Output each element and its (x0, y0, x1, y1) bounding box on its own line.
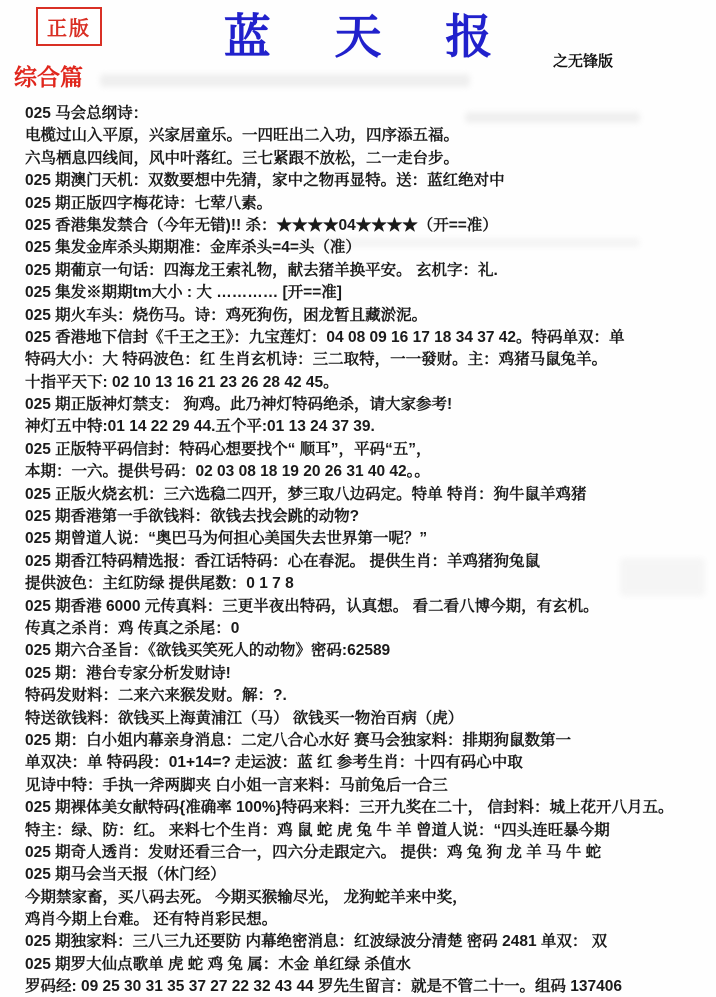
page-title: 蓝 天 报 (198, 0, 519, 67)
report-line: 025 期六合圣旨：《欲钱买笑死人的动物》密码:62589 (25, 640, 711, 662)
edition-label: 之无锋版 (553, 50, 613, 71)
section-heading: 综合篇 (14, 59, 83, 92)
report-line: 电榄过山入平原，兴家居童乐。一四旺出二入功，四序添五福。 (25, 125, 711, 147)
report-line: 025 期火车头：烧伤马。诗：鸡死狗伤，困龙暂且藏淤泥。 (25, 305, 711, 327)
report-line: 025 期：港台专家分析发财诗! (25, 663, 711, 685)
report-line: 025 期香江特码精选报：香江话特码：心在春泥。 提供生肖：羊鸡猪狗兔鼠 (25, 551, 711, 573)
report-line: 单双决：单 特码段：01+14=? 走运波：蓝 红 参考生肖：十四有码心中取 (25, 752, 711, 774)
report-line: 025 期香港 6000 元传真料：三更半夜出特码，认真想。 看二看八博今期，有… (25, 596, 711, 618)
report-line: 025 正版特平码信封：特码心想要找个“ 顺耳”，平码“五”， (25, 439, 711, 461)
report-line: 025 香港地下信封《千王之王》：九宝莲灯：04 08 09 16 17 18 … (25, 327, 711, 349)
report-line: 025 期：白小姐内幕亲身消息：二定八合心水好 赛马会独家料：排期狗鼠数第一 (25, 730, 711, 752)
report-line: 特码大小：大 特码波色：红 生肖玄机诗：三二取特，一一發财。主：鸡猪马鼠兔羊。 (25, 349, 711, 371)
report-line: 今期禁家畜，买八码去死。 今期买猴输尽光， 龙狗蛇羊来中奖， (25, 887, 711, 909)
report-line: 025 期曾道人说：“奥巴马为何担心美国失去世界第一呢？” (25, 528, 711, 550)
report-lines: 025 马会总纲诗：电榄过山入平原，兴家居童乐。一四旺出二入功，四序添五福。六鸟… (25, 103, 711, 997)
report-line: 特主：绿、防：红。 来料七个生肖：鸡 鼠 蛇 虎 兔 牛 羊 曾道人说：“四头连… (25, 820, 711, 842)
report-line: 见诗中特：手执一斧两脚夹 白小姐一言来料：马前兔后一合三 (25, 775, 711, 797)
report-line: 特码发财料：二来六来猴发财。解：?. (25, 685, 711, 707)
report-line: 鸡肖今期上台难。 还有特肖彩民想。 (25, 909, 711, 931)
report-line: 罗码经: 09 25 30 31 35 37 27 22 32 43 44 罗先… (25, 976, 711, 997)
report-line: 025 期奇人透肖：发财还看三合一，四六分走跟定六。 提供：鸡 兔 狗 龙 羊 … (25, 842, 711, 864)
report-line: 025 期正版神灯禁支： 狗鸡。此乃神灯特码绝杀，请大家参考! (25, 394, 711, 416)
report-line: 传真之杀肖：鸡 传真之杀尾：0 (25, 618, 711, 640)
blue-sky-report-page: 正版 蓝 天 报 之无锋版 综合篇 025 马会总纲诗：电榄过山入平原，兴家居童… (0, 0, 716, 997)
report-line: 十指平天下: 02 10 13 16 21 23 26 28 42 45。 (25, 372, 711, 394)
report-line: 025 期香港第一手欲钱料：欲钱去找会跳的动物? (25, 506, 711, 528)
report-line: 本期：一六。提供号码：02 03 08 18 19 20 26 31 40 42… (25, 461, 711, 483)
report-line: 025 香港集发禁合（今年无错)!! 杀：★★★★04★★★★（开==准） (25, 215, 711, 237)
report-line: 025 期独家料：三八三九还要防 内幕绝密消息：红波绿波分清楚 密码 2481 … (25, 931, 711, 953)
report-line: 025 期正版四字梅花诗：七荤八素。 (25, 193, 711, 215)
report-line: 025 期葡京一句话：四海龙王索礼物，献去猪羊换平安。 玄机字：礼. (25, 260, 711, 282)
report-line: 六鸟栖息四线间，风中叶落红。三七紧跟不放松，二一走台步。 (25, 148, 711, 170)
report-line: 025 集发金库杀头期期准：金库杀头=4=头（准） (25, 237, 711, 259)
report-line: 025 集发※期期tm大小 : 大 ………… [开==准] (25, 282, 711, 304)
report-line: 特送欲钱料：欲钱买上海黄浦江（马） 欲钱买一物治百病（虎） (25, 708, 711, 730)
report-line: 025 马会总纲诗： (25, 103, 711, 125)
report-line: 025 期马会当天报（休门经） (25, 864, 711, 886)
genuine-badge: 正版 (36, 7, 102, 46)
report-line: 提供波色：主红防绿 提供尾数：0 1 7 8 (25, 573, 711, 595)
report-line: 神灯五中特:01 14 22 29 44.五个平:01 13 24 37 39. (25, 416, 711, 438)
report-line: 025 正版火烧玄机：三六选稳二四开，梦三取八边码定。特单 特肖：狗牛鼠羊鸡猪 (25, 484, 711, 506)
report-line: 025 期裸体美女献特码{准确率 100%}特码来料：三开九奖在二十， 信封料：… (25, 797, 711, 819)
scan-artifact (100, 74, 470, 87)
report-line: 025 期罗大仙点歌单 虎 蛇 鸡 兔 属：木金 单红绿 杀值水 (25, 954, 711, 976)
report-line: 025 期澳门天机：双数要想中先猜，家中之物再显特。送：蓝红绝对中 (25, 170, 711, 192)
